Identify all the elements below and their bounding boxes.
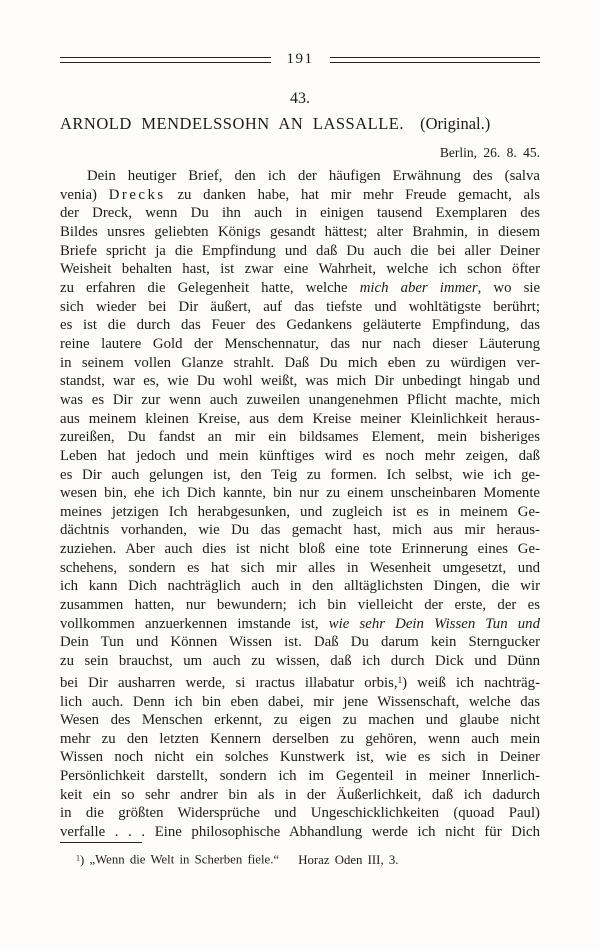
book-page: 191 43. ARNOLD MENDELSSOHN AN LASSALLE. … (0, 0, 600, 949)
letter-body: Dein heutiger Brief, den ich der häufige… (60, 167, 540, 842)
letter-line: standst, war es, wie Du wohl weißt, was … (60, 372, 540, 391)
footnote-marker: 1) (76, 853, 84, 867)
letter-title: ARNOLD MENDELSSOHN AN LASSALLE. (Origina… (60, 114, 560, 134)
letter-line: lich auch. Denn ich bin eben dabei, mir … (60, 693, 540, 712)
letter-title-suffix: (Original.) (420, 114, 490, 133)
header-rule-left (60, 57, 271, 63)
letter-line: es Dir auch gelungen ist, den Teig zu fo… (60, 466, 540, 485)
letter-dateline: Berlin, 26. 8. 45. (60, 145, 540, 161)
letter-line: aus meinem kleinen Kreise, aus dem Kreis… (60, 410, 540, 429)
letter-line: Persönlichkeit darstellt, sondern ich im… (60, 767, 540, 786)
letter-line: zuziehen. Aber auch dies ist nicht bloß … (60, 540, 540, 559)
letter-line: wesen bin, ehe ich Dich kannte, bin nur … (60, 484, 540, 503)
letter-line: Wissen noch nicht ein solches Kunstwerk … (60, 748, 540, 767)
letter-title-text: ARNOLD MENDELSSOHN AN LASSALLE. (60, 114, 404, 133)
header-rule-right (330, 57, 541, 63)
letter-line: meines jetzigen Ich herabgesunken, und z… (60, 503, 540, 522)
emphasized-text: mich aber immer (360, 280, 478, 296)
footnote-reference-mark: 1 (398, 675, 403, 685)
letter-line: mehr zu den letzten Kennern derselben zu… (60, 730, 540, 749)
letter-line: Briefe spricht ja die Empfindung und daß… (60, 242, 540, 261)
footnote-source: Horaz Oden III, 3. (298, 853, 398, 867)
letter-line: zusammen hatten, nur bewundern; ich bin … (60, 596, 540, 615)
letter-line: zu erfahren die Gelegenheit hatte, welch… (60, 279, 540, 298)
footnote-quote: „Wenn die Welt in Scherben fiele.“ (89, 853, 279, 867)
letter-line: was es Dir zur wenn auch zuweilen unange… (60, 391, 540, 410)
letter-line: venia) Drecks zu danken habe, hat mir me… (60, 186, 540, 205)
emphasized-text: wie sehr Dein Wissen Tun und (329, 616, 540, 632)
letter-line: zureißen, Du fandst an mir ein bildsames… (60, 428, 540, 447)
letter-line: Bildes unsres geliebten Königs gesandt h… (60, 223, 540, 242)
letter-line: sich wieder bei Dir äußert, auf das tief… (60, 298, 540, 317)
letter-section-number: 43. (60, 90, 540, 108)
letter-line: vollkommen anzuerkennen imstande ist, wi… (60, 615, 540, 634)
letter-line: in seinem vollen Glanze strahlt. Daß Du … (60, 354, 540, 373)
letter-line: Weisheit behalten hast, ist zwar eine Wa… (60, 260, 540, 279)
emphasized-text: Drecks (109, 187, 166, 203)
footnote: 1) „Wenn die Welt in Scherben fiele.“ Ho… (60, 849, 540, 869)
letter-line: keit ein so sehr andrer bin als in der Ä… (60, 786, 540, 805)
letter-line: dächtnis vorhanden, wie Du das gemacht h… (60, 521, 540, 540)
letter-line: ich kann Dich nachträglich auch in den a… (60, 577, 540, 596)
letter-line: Wesen des Menschen erkennt, zu eigen zu … (60, 711, 540, 730)
page-number: 191 (271, 52, 330, 67)
letter-line: bei Dir ausharren werde, si ıractus illa… (60, 671, 540, 693)
letter-line: Dein heutiger Brief, den ich der häufige… (60, 167, 540, 186)
letter-line: es ist die durch das Feuer des Gedankens… (60, 316, 540, 335)
letter-line: der Dreck, wenn Du ihn auch in einigen t… (60, 204, 540, 223)
letter-line: zu sein brauchst, um auch zu wissen, daß… (60, 652, 540, 671)
letter-line: verfalle . . . Eine philosophische Abhan… (60, 823, 540, 842)
letter-line: in die größten Widersprüche und Ungeschi… (60, 804, 540, 823)
running-head: 191 (60, 52, 540, 67)
letter-line: Dein Tun und Können Wissen ist. Daß Du d… (60, 633, 540, 652)
footnote-separator-rule (60, 842, 142, 843)
letter-line: schehens, sondern es hat sich mir alles … (60, 559, 540, 578)
letter-line: Leben hat jedoch und mein künftiges wird… (60, 447, 540, 466)
letter-line: reine lautere Gold der Menschennatur, da… (60, 335, 540, 354)
